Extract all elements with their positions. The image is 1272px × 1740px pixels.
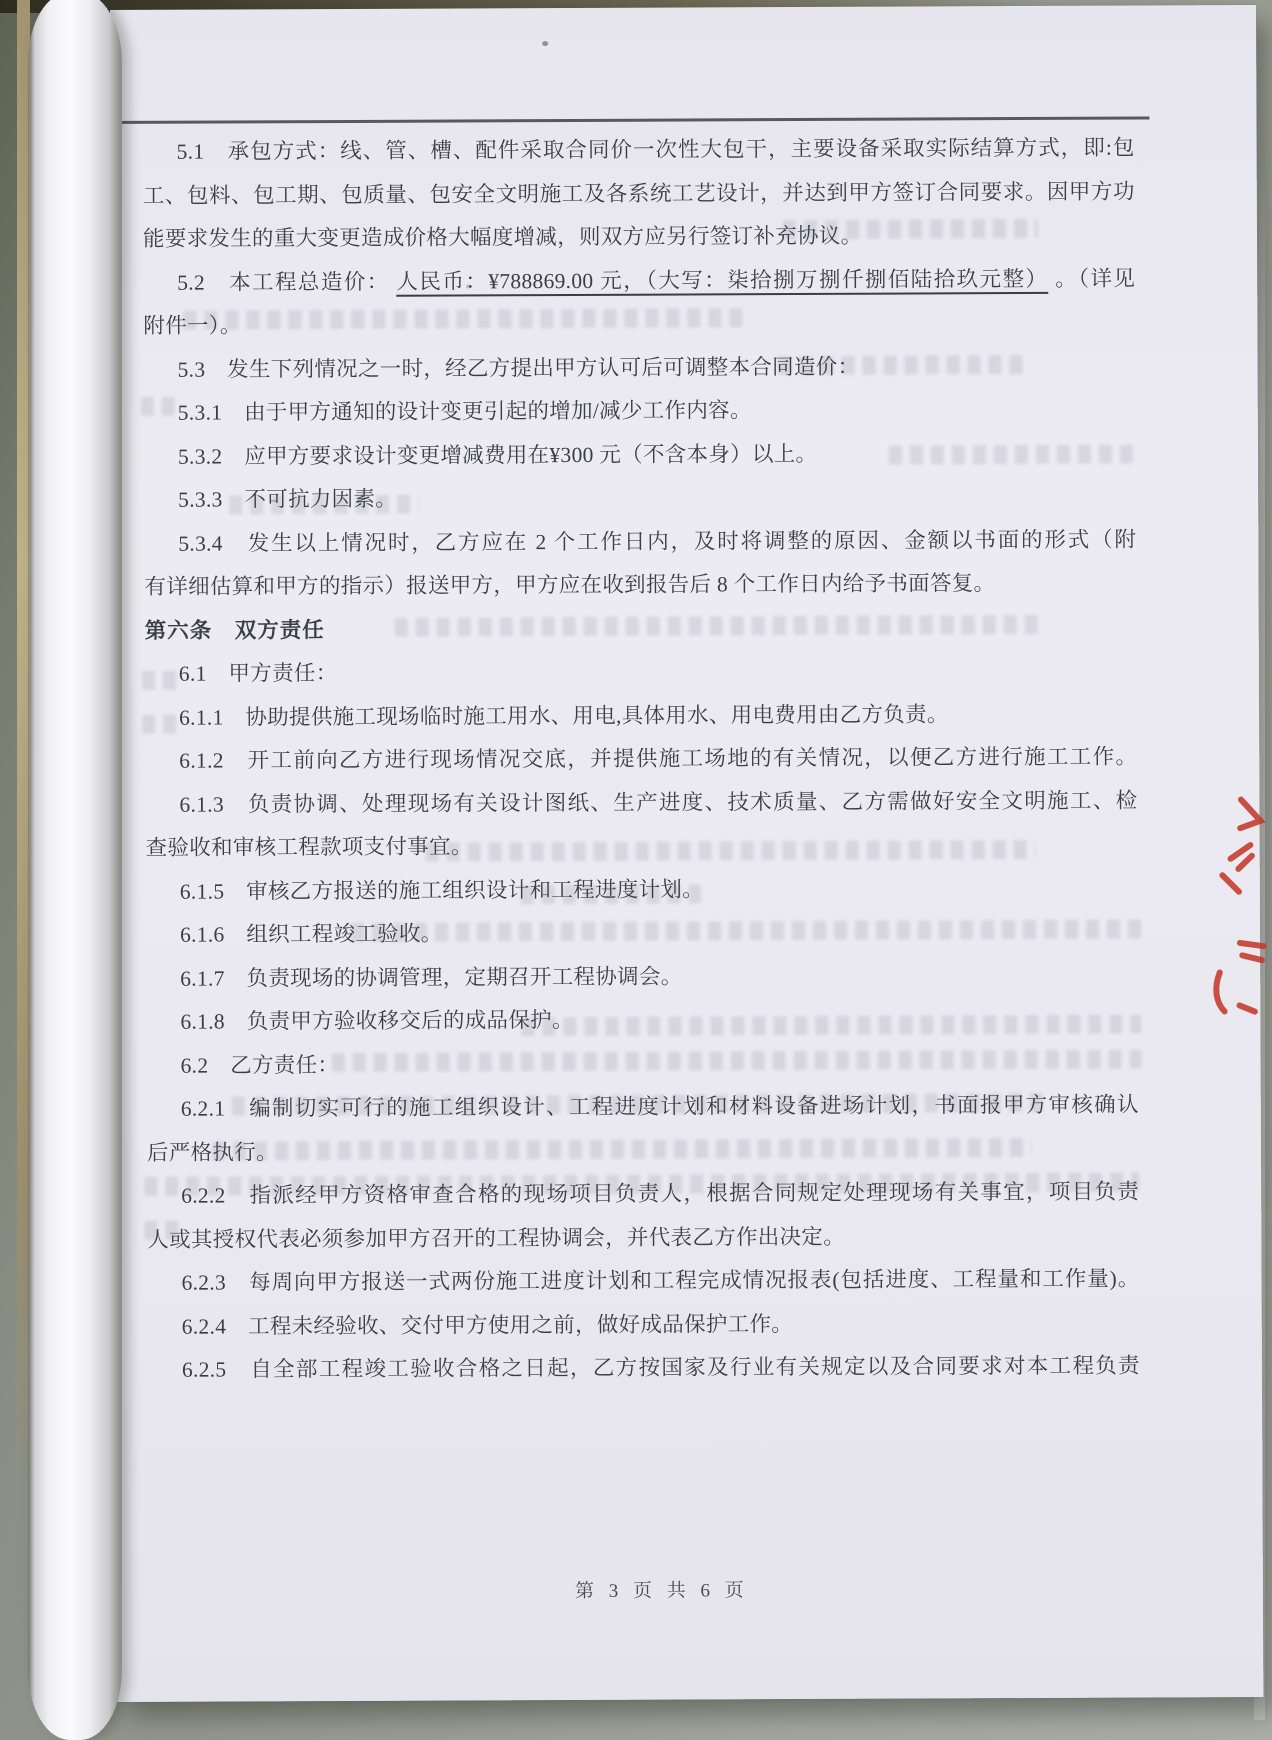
page-curl — [28, 0, 122, 1740]
clause-6-2-3: 6.2.3 每周向甲方报送一式两份施工进度计划和工程完成情况报表(包括进度、工程… — [147, 1258, 1139, 1306]
clause-6-2-4: 6.2.4 工程未经验收、交付甲方使用之前，做好成品保护工作。 — [148, 1301, 1140, 1349]
price-line-suffix: 。（详见 — [1048, 266, 1135, 290]
clause-6-1-6: 6.1.6 组织工程竣工验收。 — [146, 910, 1138, 958]
clause-6-1-8: 6.1.8 负责甲方验收移交后的成品保护。 — [146, 997, 1138, 1045]
clause-6-2: 6.2 乙方责任： — [147, 1040, 1139, 1088]
clause-6-2-1-line-1: 6.2.1 编制切实可行的施工组织设计、工程进度计划和材料设备进场计划，书面报甲… — [147, 1084, 1139, 1132]
total-price-amount: 人民币：¥788869.00 元，（大写：柒拾捌万捌仟捌佰陆拾玖元整） — [396, 266, 1048, 296]
clause-6-1-5: 6.1.5 审核乙方报送的施工组织设计和工程进度计划。 — [146, 866, 1138, 914]
price-line-prefix: 5.2 本工程总造价： — [177, 269, 396, 294]
clause-6-2-5: 6.2.5 自全部工程竣工验收合格之日起，乙方按国家及行业有关规定以及合同要求对… — [148, 1345, 1140, 1393]
clause-5-2-line-2: 附件一）。 — [143, 301, 1135, 349]
contract-page: 5.1 承包方式：线、管、槽、配件采取合同价一次性大包干，主要设备采取实际结算方… — [110, 5, 1263, 1702]
clause-6-1: 6.1 甲方责任： — [145, 649, 1137, 697]
contract-body: 5.1 承包方式：线、管、槽、配件采取合同价一次性大包干，主要设备采取实际结算方… — [143, 127, 1140, 1393]
clause-6-2-2-line-1: 6.2.2 指派经甲方资格审查合格的现场项目负责人，根据合同规定处理现场有关事宜… — [147, 1171, 1139, 1219]
clause-5-3-2: 5.3.2 应甲方要求设计变更增减费用在¥300 元（不含本身）以上。 — [144, 431, 1136, 479]
clause-5-1-line-3: 能要求发生的重大变更造成价格大幅度增减，则双方应另行签订补充协议。 — [143, 214, 1135, 262]
clause-6-1-1: 6.1.1 协助提供施工现场临时施工用水、用电,具体用水、用电费用由乙方负责。 — [145, 692, 1137, 740]
clause-5-1-line-1: 5.1 承包方式：线、管、槽、配件采取合同价一次性大包干，主要设备采取实际结算方… — [143, 127, 1135, 175]
clause-6-2-1-line-2: 后严格执行。 — [147, 1127, 1139, 1175]
clause-5-2-price-line: 5.2 本工程总造价： 人民币：¥788869.00 元，（大写：柒拾捌万捌仟捌… — [143, 257, 1135, 305]
article-6-heading: 第六条 双方责任 — [145, 605, 1137, 653]
clause-6-2-2-line-2: 人或其授权代表必须参加甲方召开的工程协调会，并代表乙方作出决定。 — [147, 1214, 1139, 1262]
clause-5-3-1: 5.3.1 由于甲方通知的设计变更引起的增加/减少工作内容。 — [144, 388, 1136, 436]
clause-6-1-3-line-2: 查验收和审核工程款项支付事宜。 — [146, 823, 1138, 871]
clause-5-3-3: 5.3.3 不可抗力因素。 — [144, 475, 1136, 523]
clause-6-1-7: 6.1.7 负责现场的协调管理，定期召开工程协调会。 — [146, 953, 1138, 1001]
clause-5-1-line-2: 工、包料、包工期、包质量、包安全文明施工及各系统工艺设计，并达到甲方签订合同要求… — [143, 170, 1135, 218]
clause-6-1-2: 6.1.2 开工前向乙方进行现场情况交底，并提供施工场地的有关情况，以便乙方进行… — [145, 736, 1137, 784]
dust-speck — [542, 41, 548, 46]
scanned-contract-screenshot: { "doc": { "lines": [ "5.1 承包方式：线、管、槽、配件… — [0, 0, 1272, 1740]
clause-5-3-4-line-1: 5.3.4 发生以上情况时，乙方应在 2 个工作日内，及时将调整的原因、金额以书… — [144, 518, 1136, 566]
clause-6-1-3-line-1: 6.1.3 负责协调、处理现场有关设计图纸、生产进度、技术质量、乙方需做好安全文… — [145, 779, 1137, 827]
header-rule — [119, 116, 1149, 123]
clause-5-3-4-line-2: 有详细估算和甲方的指示）报送甲方，甲方应在收到报告后 8 个工作日内给予书面答复… — [144, 562, 1136, 610]
page-number: 第 3 页 共 6 页 — [575, 1575, 749, 1603]
clause-5-3: 5.3 发生下列情况之一时，经乙方提出甲方认可后可调整本合同造价： — [143, 344, 1135, 392]
